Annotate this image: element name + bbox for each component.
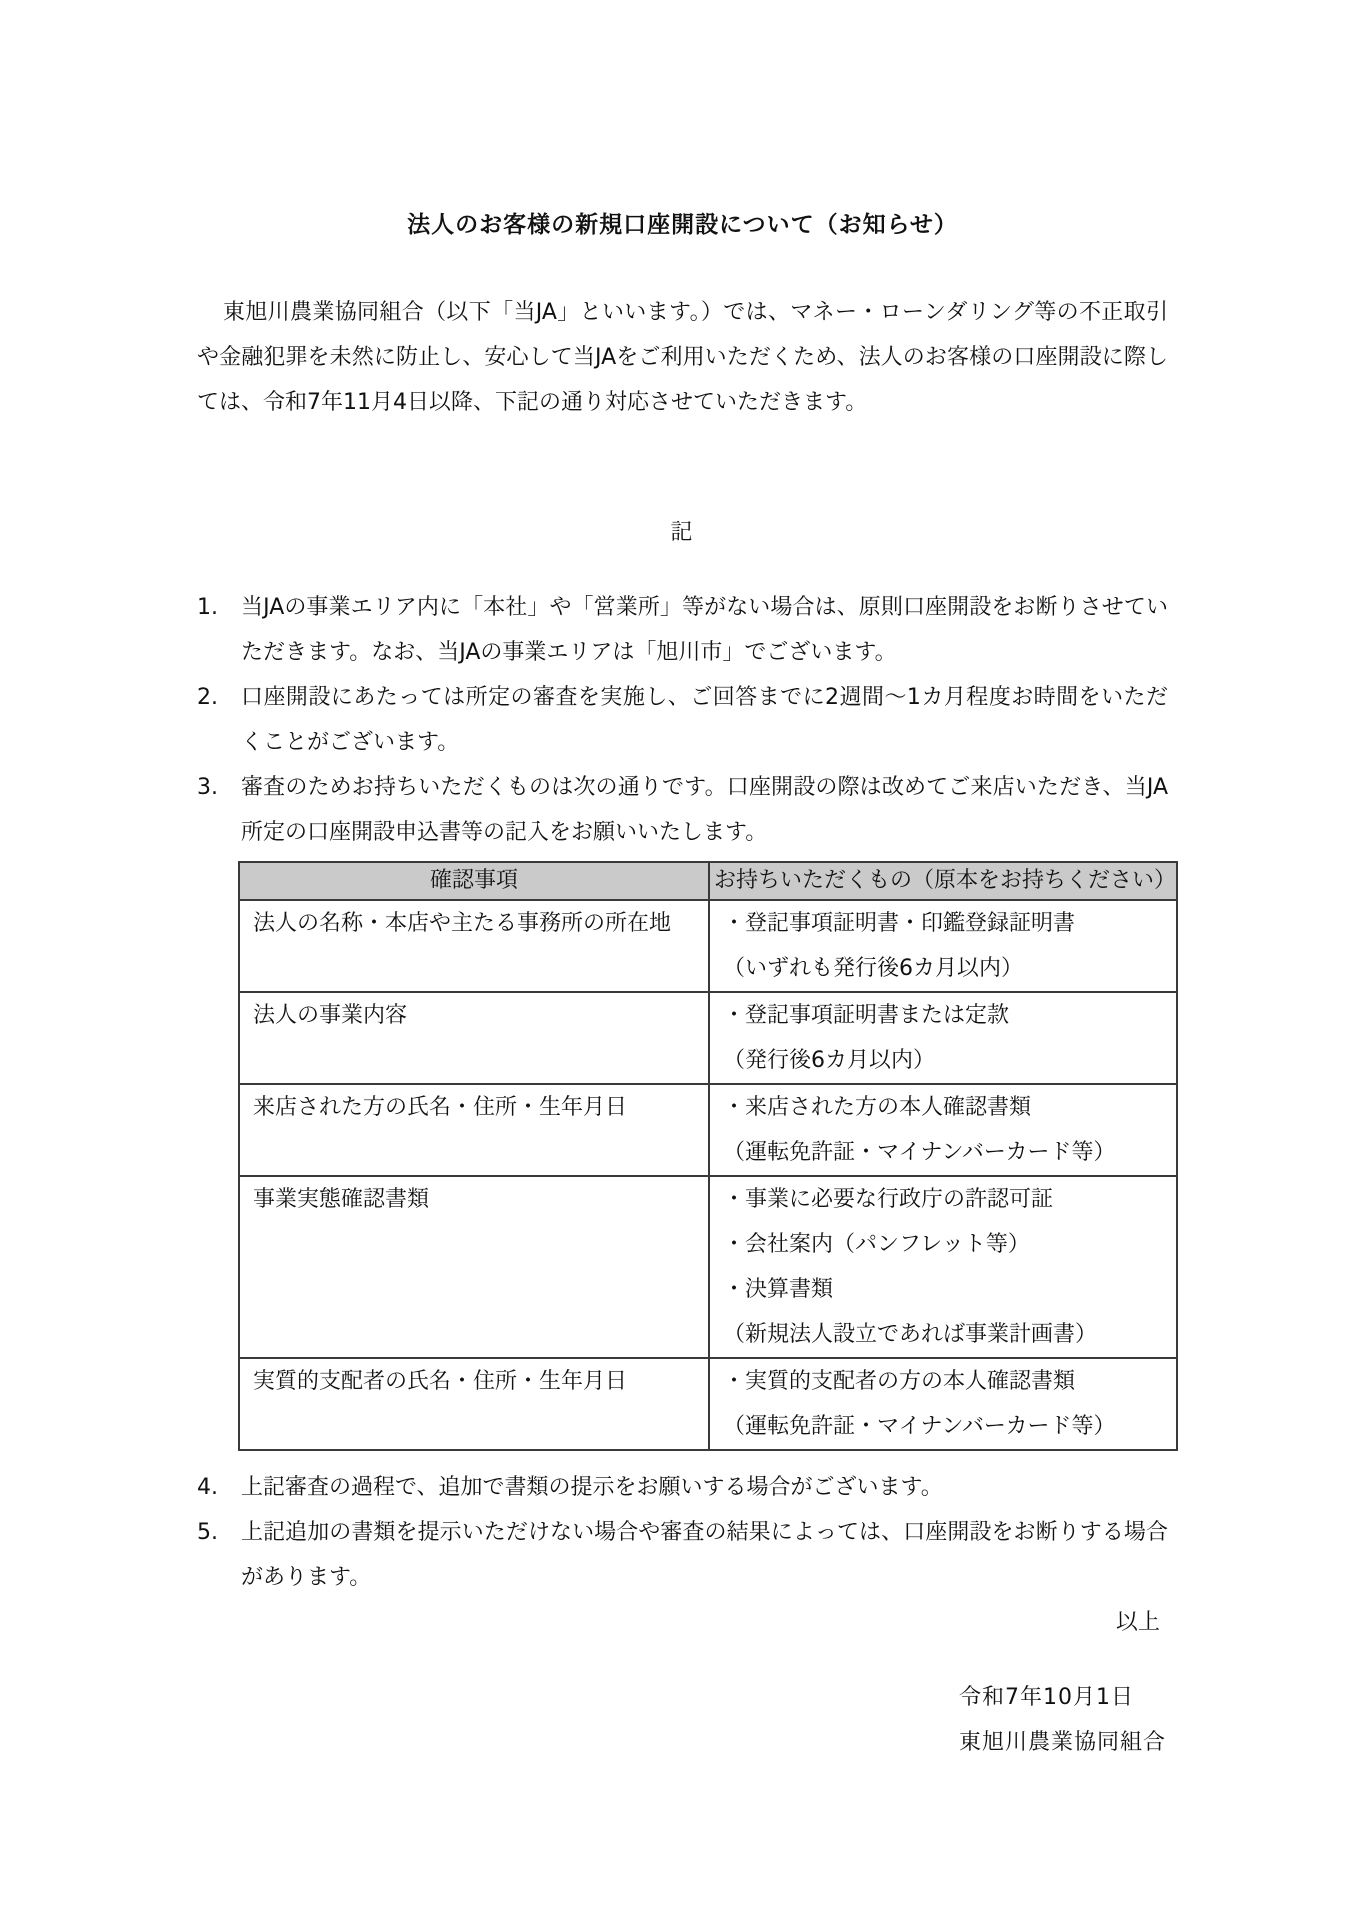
table-header-row: 確認事項 お持ちいただくもの（原本をお持ちください） xyxy=(239,862,1177,900)
table-cell-item: 法人の事業内容 xyxy=(239,992,709,1084)
doc-line: ・会社案内（パンフレット等） xyxy=(723,1222,1166,1267)
organization-name: 東旭川農業協同組合 xyxy=(959,1720,1166,1765)
required-documents-table: 確認事項 お持ちいただくもの（原本をお持ちください） 法人の名称・本店や主たる事… xyxy=(238,861,1178,1451)
intro-paragraph: 東旭川農業協同組合（以下「当JA」といいます。）では、マネー・ローンダリング等の… xyxy=(197,290,1168,425)
table-cell-docs: ・登記事項証明書または定款 （発行後6カ月以内） xyxy=(709,992,1177,1084)
table-row: 実質的支配者の氏名・住所・生年月日 ・実質的支配者の方の本人確認書類 （運転免許… xyxy=(239,1358,1177,1450)
list-item-1-text: 当JAの事業エリア内に「本社」や「営業所」等がない場合は、原則口座開設をお断りさ… xyxy=(241,585,1168,675)
table-cell-item: 事業実態確認書類 xyxy=(239,1176,709,1358)
list-item-4-text: 上記審査の過程で、追加で書類の提示をお願いする場合がございます。 xyxy=(241,1465,1168,1510)
list-item-3-number: 3. xyxy=(197,765,241,855)
list-item-2-number: 2. xyxy=(197,675,241,765)
doc-line: ・登記事項証明書・印鑑登録証明書 xyxy=(723,901,1166,946)
doc-line: ・事業に必要な行政庁の許認可証 xyxy=(723,1177,1166,1222)
doc-line: （運転免許証・マイナンバーカード等） xyxy=(723,1130,1166,1175)
table-row: 法人の事業内容 ・登記事項証明書または定款 （発行後6カ月以内） xyxy=(239,992,1177,1084)
table-cell-docs: ・来店された方の本人確認書類 （運転免許証・マイナンバーカード等） xyxy=(709,1084,1177,1176)
list-item-2: 2. 口座開設にあたっては所定の審査を実施し、ご回答までに2週間～1カ月程度お時… xyxy=(197,675,1168,765)
doc-line: （新規法人設立であれば事業計画書） xyxy=(723,1312,1166,1357)
doc-line: （発行後6カ月以内） xyxy=(723,1038,1166,1083)
list-item-3: 3. 審査のためお持ちいただくものは次の通りです。口座開設の際は改めてご来店いた… xyxy=(197,765,1168,855)
table-header-documents: お持ちいただくもの（原本をお持ちください） xyxy=(709,862,1177,900)
table-cell-docs: ・事業に必要な行政庁の許認可証 ・会社案内（パンフレット等） ・決算書類 （新規… xyxy=(709,1176,1177,1358)
list-item-2-text: 口座開設にあたっては所定の審査を実施し、ご回答までに2週間～1カ月程度お時間をい… xyxy=(241,675,1168,765)
doc-line: （いずれも発行後6カ月以内） xyxy=(723,946,1166,991)
list-item-5-text: 上記追加の書類を提示いただけない場合や審査の結果によっては、口座開設をお断りする… xyxy=(241,1510,1168,1600)
table-cell-item: 法人の名称・本店や主たる事務所の所在地 xyxy=(239,900,709,992)
doc-line: （運転免許証・マイナンバーカード等） xyxy=(723,1404,1166,1449)
list-item-3-text: 審査のためお持ちいただくものは次の通りです。口座開設の際は改めてご来店いただき、… xyxy=(241,765,1168,855)
doc-line: ・決算書類 xyxy=(723,1267,1166,1312)
table-cell-item: 来店された方の氏名・住所・生年月日 xyxy=(239,1084,709,1176)
list-item-4: 4. 上記審査の過程で、追加で書類の提示をお願いする場合がございます。 xyxy=(197,1465,1168,1510)
closing-ijou: 以上 xyxy=(197,1600,1168,1645)
table-row: 来店された方の氏名・住所・生年月日 ・来店された方の本人確認書類 （運転免許証・… xyxy=(239,1084,1177,1176)
table-cell-item: 実質的支配者の氏名・住所・生年月日 xyxy=(239,1358,709,1450)
doc-line: ・登記事項証明書または定款 xyxy=(723,993,1166,1038)
document-page: 法人のお客様の新規口座開設について（お知らせ） 東旭川農業協同組合（以下「当JA… xyxy=(0,0,1358,1920)
list-item-1-number: 1. xyxy=(197,585,241,675)
signature-block: 令和7年10月1日 東旭川農業協同組合 xyxy=(959,1675,1166,1765)
list-item-5-number: 5. xyxy=(197,1510,241,1600)
list-item-1: 1. 当JAの事業エリア内に「本社」や「営業所」等がない場合は、原則口座開設をお… xyxy=(197,585,1168,675)
table-cell-docs: ・登記事項証明書・印鑑登録証明書 （いずれも発行後6カ月以内） xyxy=(709,900,1177,992)
table-row: 事業実態確認書類 ・事業に必要な行政庁の許認可証 ・会社案内（パンフレット等） … xyxy=(239,1176,1177,1358)
doc-line: ・実質的支配者の方の本人確認書類 xyxy=(723,1359,1166,1404)
list-item-5: 5. 上記追加の書類を提示いただけない場合や審査の結果によっては、口座開設をお断… xyxy=(197,1510,1168,1600)
table-cell-docs: ・実質的支配者の方の本人確認書類 （運転免許証・マイナンバーカード等） xyxy=(709,1358,1177,1450)
numbered-list-tail: 4. 上記審査の過程で、追加で書類の提示をお願いする場合がございます。 5. 上… xyxy=(197,1465,1168,1600)
table-row: 法人の名称・本店や主たる事務所の所在地 ・登記事項証明書・印鑑登録証明書 （いず… xyxy=(239,900,1177,992)
table-header-confirmation-item: 確認事項 xyxy=(239,862,709,900)
ki-heading: 記 xyxy=(197,510,1168,555)
doc-line: ・来店された方の本人確認書類 xyxy=(723,1085,1166,1130)
date-line: 令和7年10月1日 xyxy=(959,1675,1166,1720)
document-title: 法人のお客様の新規口座開設について（お知らせ） xyxy=(197,206,1168,244)
numbered-list: 1. 当JAの事業エリア内に「本社」や「営業所」等がない場合は、原則口座開設をお… xyxy=(197,585,1168,1600)
list-item-4-number: 4. xyxy=(197,1465,241,1510)
